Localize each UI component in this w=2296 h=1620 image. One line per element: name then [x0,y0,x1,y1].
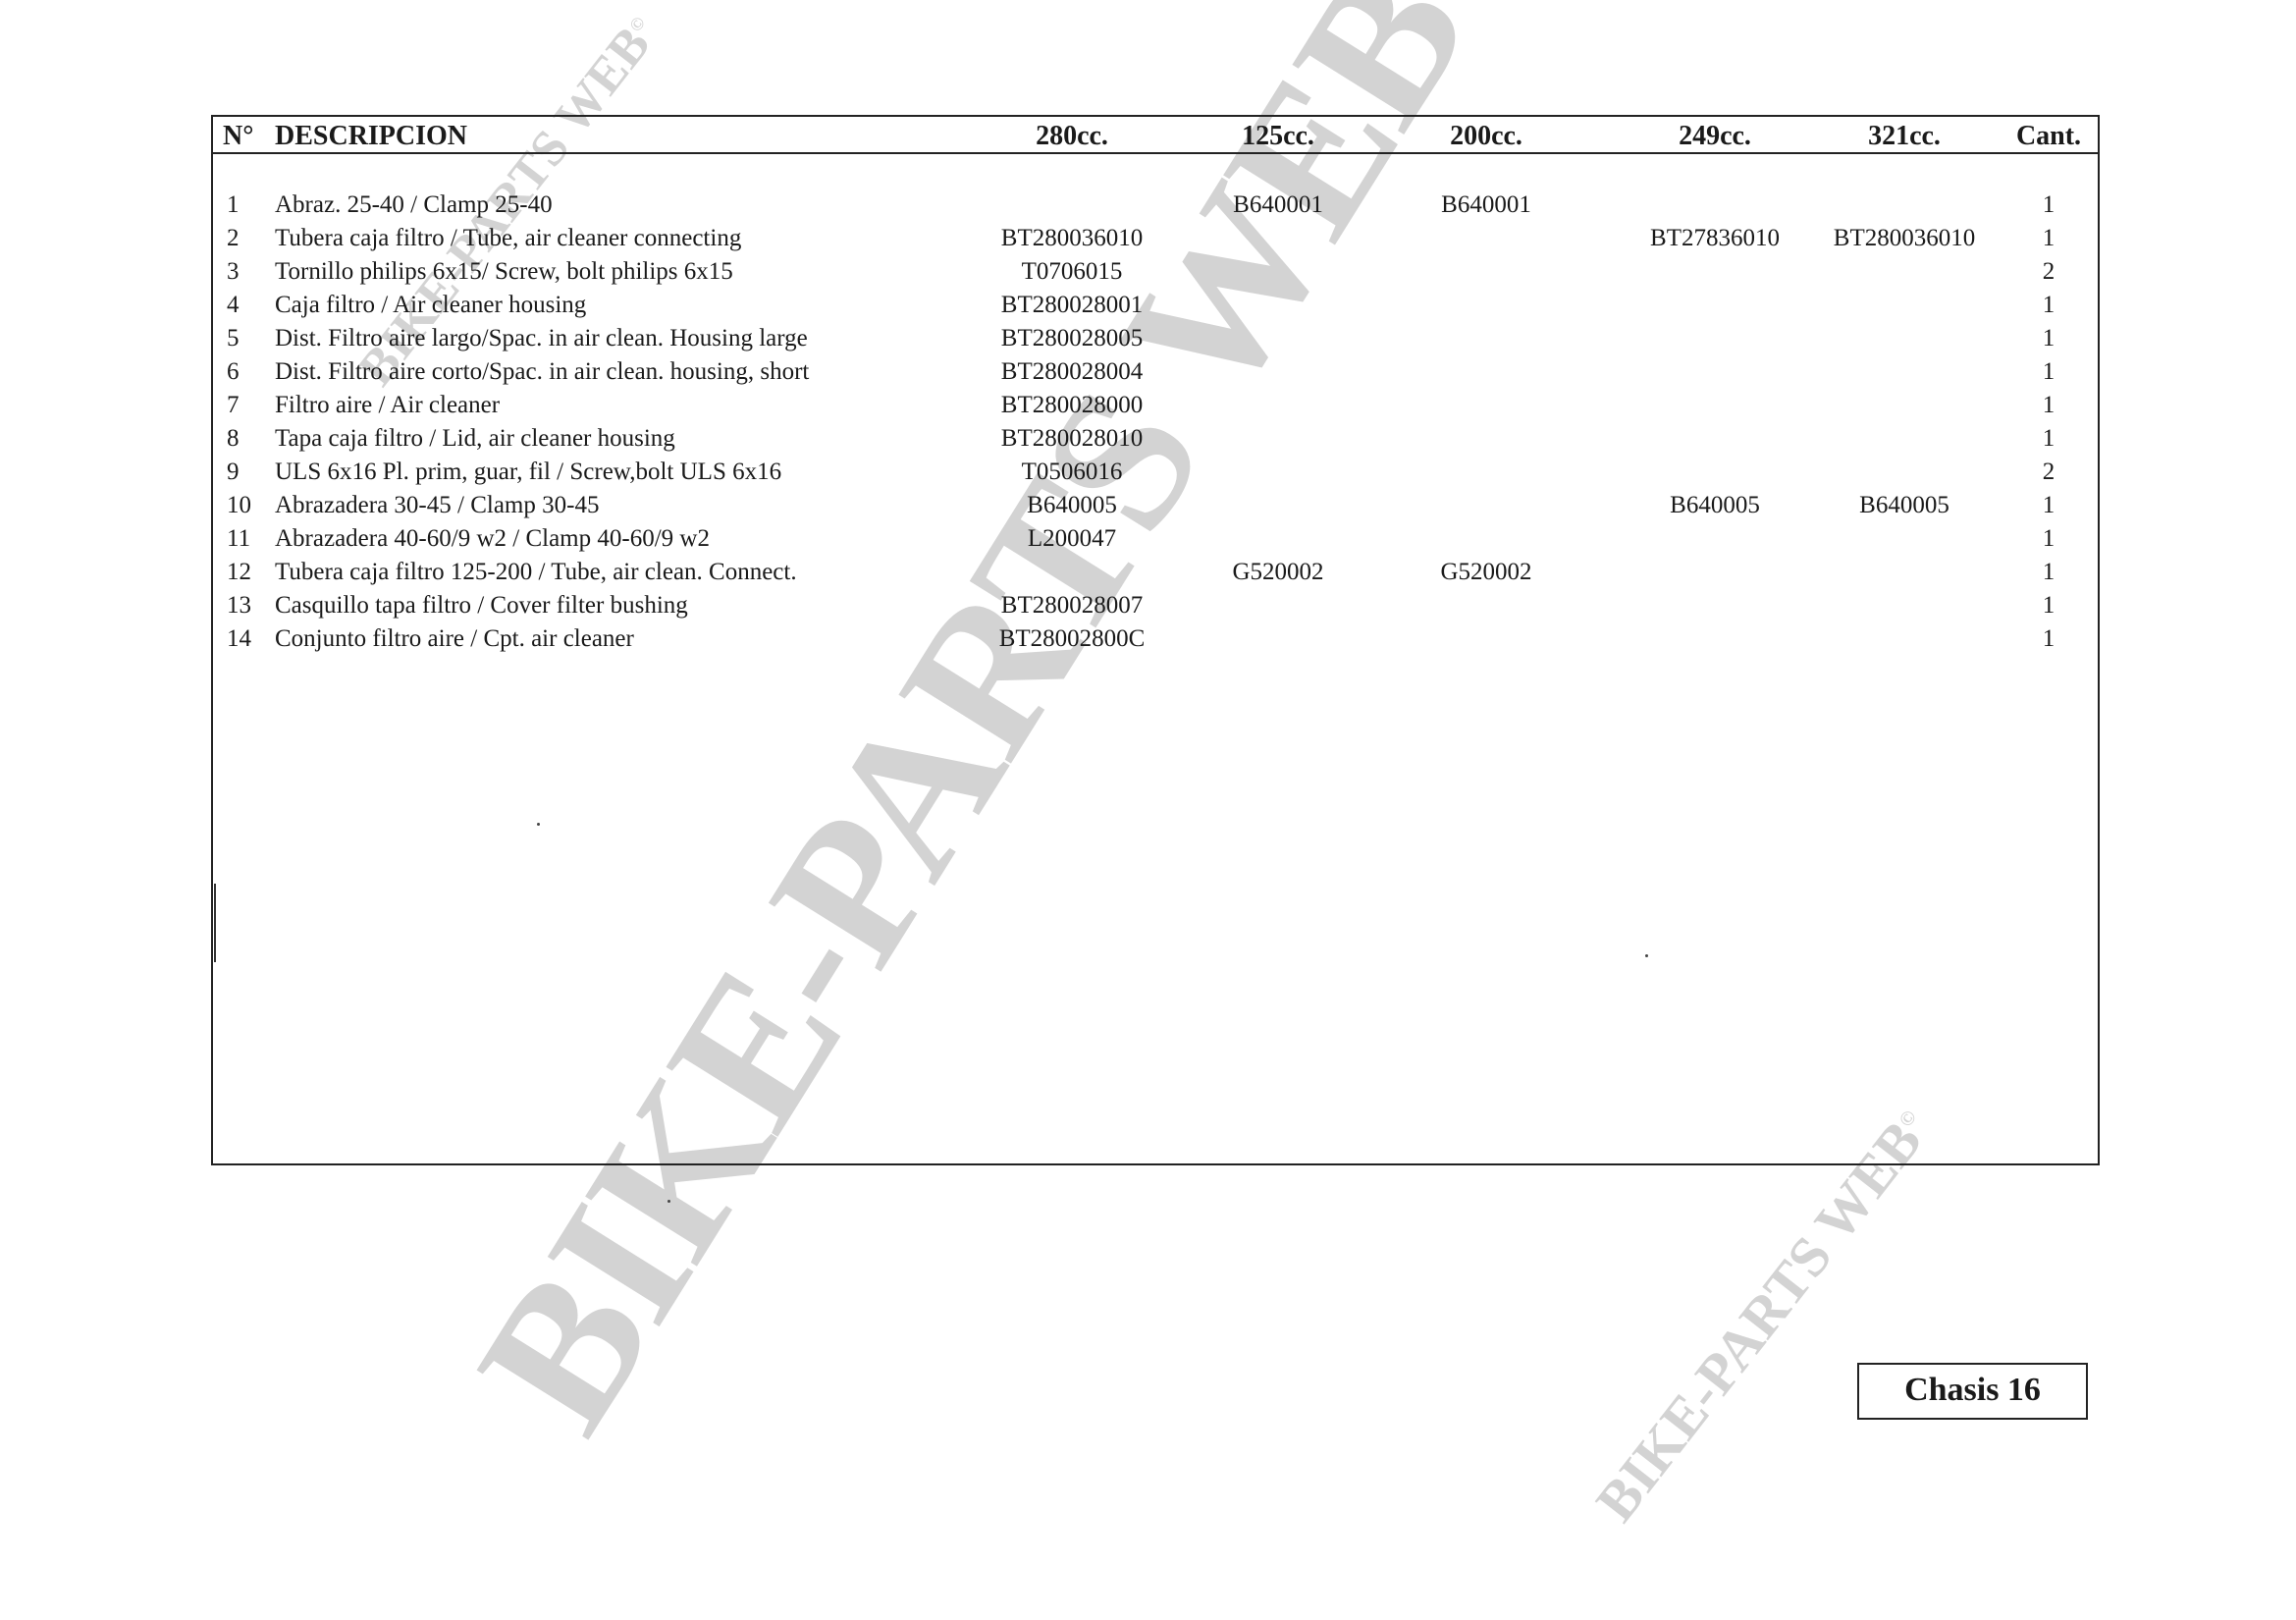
scan-mark [214,884,216,962]
cell-description: Filtro aire / Air cleaner [275,392,500,419]
cell-280cc: BT280028007 [1001,592,1143,620]
cell-qty: 2 [2043,258,2056,286]
table-row: 8Tapa caja filtro / Lid, air cleaner hou… [213,425,2098,459]
table-row: 7Filtro aire / Air cleanerBT2800280001 [213,392,2098,425]
cell-qty: 1 [2043,492,2056,519]
cell-description: Casquillo tapa filtro / Cover filter bus… [275,592,688,620]
cell-qty: 1 [2043,358,2056,386]
table-row: 14Conjunto filtro aire / Cpt. air cleane… [213,625,2098,659]
cell-description: Abrazadera 30-45 / Clamp 30-45 [275,492,599,519]
cell-qty: 1 [2043,225,2056,252]
cell-description: Dist. Filtro aire corto/Spac. in air cle… [275,358,809,386]
cell-num: 13 [227,592,256,620]
cell-num: 9 [227,459,256,486]
cell-qty: 1 [2043,325,2056,352]
scan-speck [1645,954,1648,957]
table-row: 10Abrazadera 30-45 / Clamp 30-45B640005B… [213,492,2098,525]
table-row: 4Caja filtro / Air cleaner housingBT2800… [213,292,2098,325]
cell-321cc: B640005 [1859,492,1949,519]
cell-num: 3 [227,258,256,286]
cell-280cc: BT280028010 [1001,425,1143,453]
cell-200cc: B640001 [1441,191,1531,219]
cell-125cc: B640001 [1233,191,1323,219]
header-321cc: 321cc. [1868,121,1941,152]
table-row: 13Casquillo tapa filtro / Cover filter b… [213,592,2098,625]
cell-num: 6 [227,358,256,386]
parts-catalog-page: BIKE-PARTS WEB BIKE-PARTS WEB© BIKE-PART… [0,0,2296,1620]
cell-280cc: BT280028005 [1001,325,1143,352]
cell-num: 12 [227,559,256,586]
parts-table: N° DESCRIPCION 280cc. 125cc. 200cc. 249c… [211,115,2100,1165]
cell-280cc: BT28002800C [999,625,1146,653]
cell-280cc: BT280028000 [1001,392,1143,419]
cell-description: Tapa caja filtro / Lid, air cleaner hous… [275,425,675,453]
table-header: N° DESCRIPCION 280cc. 125cc. 200cc. 249c… [213,117,2098,154]
table-row: 12Tubera caja filtro 125-200 / Tube, air… [213,559,2098,592]
cell-num: 1 [227,191,256,219]
cell-280cc: T0506016 [1022,459,1123,486]
cell-num: 7 [227,392,256,419]
cell-description: Caja filtro / Air cleaner housing [275,292,586,319]
header-280cc: 280cc. [1036,121,1108,152]
cell-280cc: L200047 [1028,525,1116,553]
cell-description: Dist. Filtro aire largo/Spac. in air cle… [275,325,808,352]
cell-qty: 1 [2043,559,2056,586]
table-row: 9ULS 6x16 Pl. prim, guar, fil / Screw,bo… [213,459,2098,492]
table-row: 1Abraz. 25-40 / Clamp 25-40B640001B64000… [213,191,2098,225]
cell-125cc: G520002 [1232,559,1323,586]
header-249cc: 249cc. [1679,121,1751,152]
cell-280cc: BT280036010 [1001,225,1143,252]
table-row: 3Tornillo philips 6x15/ Screw, bolt phil… [213,258,2098,292]
watermark-text: BIKE-PARTS WEB [1583,1109,1934,1534]
cell-description: Tornillo philips 6x15/ Screw, bolt phili… [275,258,733,286]
cell-num: 8 [227,425,256,453]
cell-num: 2 [227,225,256,252]
header-num: N° [223,121,253,152]
cell-description: Conjunto filtro aire / Cpt. air cleaner [275,625,634,653]
cell-description: Abraz. 25-40 / Clamp 25-40 [275,191,553,219]
cell-qty: 1 [2043,425,2056,453]
cell-qty: 1 [2043,191,2056,219]
cell-num: 11 [227,525,256,553]
cell-description: ULS 6x16 Pl. prim, guar, fil / Screw,bol… [275,459,781,486]
cell-321cc: BT280036010 [1834,225,1975,252]
cell-description: Abrazadera 40-60/9 w2 / Clamp 40-60/9 w2 [275,525,710,553]
cell-qty: 1 [2043,392,2056,419]
copyright-icon: © [625,13,649,35]
cell-280cc: BT280028001 [1001,292,1143,319]
cell-200cc: G520002 [1440,559,1531,586]
cell-num: 4 [227,292,256,319]
cell-num: 10 [227,492,256,519]
cell-280cc: BT280028004 [1001,358,1143,386]
cell-description: Tubera caja filtro 125-200 / Tube, air c… [275,559,797,586]
scan-speck [667,1200,670,1203]
cell-description: Tubera caja filtro / Tube, air cleaner c… [275,225,741,252]
cell-249cc: B640005 [1670,492,1760,519]
scan-speck [537,823,540,826]
cell-qty: 1 [2043,292,2056,319]
cell-280cc: T0706015 [1022,258,1123,286]
table-row: 11Abrazadera 40-60/9 w2 / Clamp 40-60/9 … [213,525,2098,559]
cell-num: 5 [227,325,256,352]
table-row: 6Dist. Filtro aire corto/Spac. in air cl… [213,358,2098,392]
table-row: 5Dist. Filtro aire largo/Spac. in air cl… [213,325,2098,358]
header-qty: Cant. [2016,121,2081,152]
cell-280cc: B640005 [1027,492,1117,519]
cell-qty: 1 [2043,625,2056,653]
header-200cc: 200cc. [1450,121,1522,152]
page-label: Chasis 16 [1857,1363,2088,1420]
cell-num: 14 [227,625,256,653]
cell-qty: 1 [2043,592,2056,620]
header-125cc: 125cc. [1242,121,1314,152]
cell-qty: 1 [2043,525,2056,553]
cell-qty: 2 [2043,459,2056,486]
table-row: 2Tubera caja filtro / Tube, air cleaner … [213,225,2098,258]
header-description: DESCRIPCION [275,121,467,152]
cell-249cc: BT27836010 [1650,225,1780,252]
